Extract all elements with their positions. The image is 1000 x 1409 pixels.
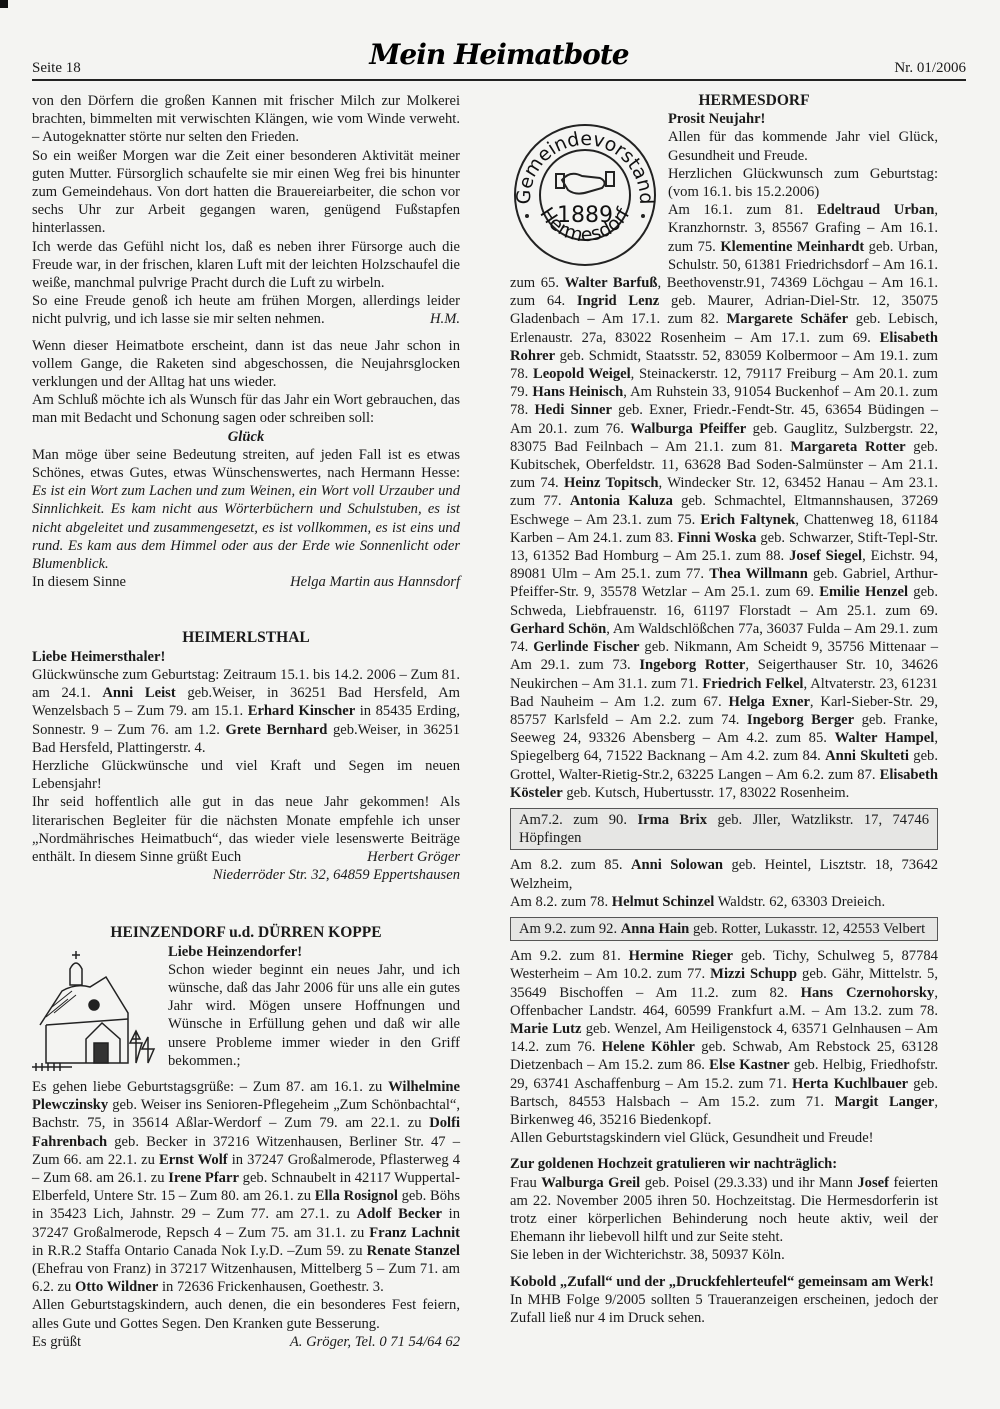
paragraph: Allen Geburtstagskindern viel Glück, Ges… (510, 1129, 938, 1147)
person-name: Emilie Henzel (819, 584, 908, 600)
right-column: HERMESDORF Gemeindevorstand Hermesdorf 1… (510, 92, 938, 1327)
person-name: Anni Skulteti (825, 748, 909, 764)
person-name: Anna Hain (621, 921, 690, 937)
birthday-list: Am 9.2. zum 81. Hermine Rieger geb. Tich… (510, 947, 938, 1129)
text: Am 9.2. zum 92. (519, 921, 621, 937)
birthday-paragraph: Glückwünsche zum Geburtstag: Zeitraum 15… (32, 666, 460, 757)
intro-paragraph: Am Schluß möchte ich als Wunsch für das … (32, 391, 460, 427)
stamp-seal-icon: Gemeindevorstand Hermesdorf 1889 (510, 120, 660, 270)
section-title-heimerlsthal: HEIMERLSTHAL (32, 629, 460, 647)
author-address: Niederröder Str. 32, 64859 Eppertshausen (32, 866, 460, 884)
text: Am 8.2. zum 78. (510, 894, 612, 910)
person-name: Friedrich Felkel (702, 676, 803, 692)
text: Frau (510, 1175, 541, 1191)
person-name: Margareta Rotter (790, 439, 905, 455)
person-name: Helga Exner (729, 694, 810, 710)
masthead-logo: Mein Heimatbote (369, 38, 628, 71)
section-title-heinzendorf: HEINZENDORF u.d. DÜRREN KOPPE (32, 924, 460, 942)
person-name: Adolf Becker (357, 1206, 442, 1222)
text: Am 16.1. zum 81. (668, 202, 817, 218)
person-name: Josef Siegel (789, 548, 862, 564)
person-name: Franz Lachnit (369, 1225, 460, 1241)
left-column: von den Dörfern die großen Kannen mit fr… (32, 92, 460, 1351)
wedding-paragraph: Frau Walburga Greil geb. Poisel (29.3.33… (510, 1174, 938, 1247)
signature-initials: H.M. (430, 310, 460, 328)
person-name: Hermine Rieger (629, 948, 733, 964)
author-name: Helga Martin aus Hannsdorf (290, 573, 460, 591)
church-icon (32, 947, 160, 1075)
intro-text: Man möge über seine Bedeutung streiten, … (32, 447, 460, 481)
closing-text: Es grüßt (32, 1333, 81, 1351)
person-name: Walburga Pfeiffer (630, 421, 746, 437)
person-name: Antonia Kaluza (570, 493, 673, 509)
person-name: Heinz Topitsch (564, 475, 659, 491)
author-name: A. Gröger, Tel. 0 71 54/64 62 (290, 1333, 460, 1351)
person-name: Josef (857, 1175, 889, 1191)
closing-text: In diesem Sinne (32, 573, 126, 591)
birthday-entry: Am 8.2. zum 85. Anni Solowan geb. Heinte… (510, 856, 938, 892)
header-rule (32, 79, 966, 81)
text: Am7.2. zum 90. (519, 812, 637, 828)
person-name: Gerhard Schön (510, 621, 606, 637)
text: Waldstr. 62, 63303 Dreieich. (714, 894, 885, 910)
person-name: Walburga Greil (541, 1175, 640, 1191)
person-name: Hans Heinisch (532, 384, 623, 400)
person-name: Walter Barfuß (565, 275, 658, 291)
person-name: Margit Langer (835, 1094, 935, 1110)
text: Am 9.2. zum 81. (510, 948, 629, 964)
person-name: Thea Willmann (709, 566, 808, 582)
intro-paragraph: von den Dörfern die großen Kannen mit fr… (32, 92, 460, 147)
person-name: Anni Leist (102, 685, 175, 701)
person-name: Marie Lutz (510, 1021, 582, 1037)
page-header: Seite 18 Mein Heimatbote Nr. 01/2006 (32, 38, 966, 78)
signature-line: Es grüßtA. Gröger, Tel. 0 71 54/64 62 (32, 1333, 460, 1351)
text: geb. Rotter, Lukasstr. 12, 42553 Velbert (689, 921, 925, 937)
text: Es gehen liebe Geburtstagsgrüße: – Zum 8… (32, 1079, 388, 1095)
church-illustration (32, 947, 160, 1075)
highlight-box-birthday: Am 9.2. zum 92. Anna Hain geb. Rotter, L… (510, 917, 938, 941)
author-name: Herbert Gröger (367, 848, 460, 866)
person-name: Anni Solowan (631, 857, 723, 873)
person-name: Hans Czernohorsky (801, 985, 935, 1001)
highlight-word: Glück (32, 428, 460, 446)
intro-paragraph: Wenn dieser Heimatbote erscheint, dann i… (32, 337, 460, 392)
intro-paragraph: Ich werde das Gefühl nicht los, daß es n… (32, 238, 460, 293)
person-name: Else Kastner (709, 1057, 789, 1073)
section-title-hermesdorf: HERMESDORF (510, 92, 938, 110)
person-name: Gerlinde Fischer (533, 639, 639, 655)
paragraph: Ihr seid hoffentlich alle gut in das neu… (32, 793, 460, 866)
paragraph: Allen Geburtstagskindern, auch denen, di… (32, 1296, 460, 1332)
person-name: Mizzi Schupp (710, 966, 797, 982)
person-name: Irma Brix (637, 812, 707, 828)
signature-line: In diesem SinneHelga Martin aus Hannsdor… (32, 573, 460, 591)
birthday-paragraph: Es gehen liebe Geburtstagsgrüße: – Zum 8… (32, 1078, 460, 1296)
page-number: Seite 18 (32, 60, 81, 77)
svg-text:1889: 1889 (557, 203, 613, 228)
person-name: Helene Köhler (602, 1039, 695, 1055)
birthday-list: Am 16.1. zum 81. Edeltraud Urban, Kranzh… (510, 201, 938, 802)
issue-number: Nr. 01/2006 (894, 60, 966, 77)
person-name: Walter Hampel (835, 730, 935, 746)
paragraph: Herzliche Glückwünsche und viel Kraft un… (32, 757, 460, 793)
person-name: Irene Pfarr (168, 1170, 239, 1186)
person-name: Ingeborg Rotter (639, 657, 745, 673)
person-name: Hedi Sinner (534, 402, 612, 418)
text: in R.R.2 Staffa Ontario Canada Nok I.y.D… (32, 1243, 367, 1259)
person-name: Ingeborg Berger (747, 712, 854, 728)
person-name: Erich Faltynek (700, 512, 795, 528)
gemeindevorstand-stamp: Gemeindevorstand Hermesdorf 1889 (510, 120, 660, 270)
kobold-heading: Kobold „Zufall“ und der „Druckfehlerteuf… (510, 1273, 938, 1291)
section-greeting: Liebe Heimersthaler! (32, 648, 460, 666)
person-name: Grete Bernhard (225, 722, 327, 738)
text: geb. Kutsch, Hubertusstr. 17, 83022 Rose… (563, 785, 850, 801)
person-name: Ernst Wolf (159, 1152, 228, 1168)
person-name: Finni Woska (677, 530, 756, 546)
person-name: Erhard Kinscher (248, 703, 356, 719)
intro-paragraph: So ein weißer Morgen war die Zeit einer … (32, 147, 460, 238)
person-name: Klementine Meinhardt (720, 239, 864, 255)
person-name: Renate Stanzel (367, 1243, 460, 1259)
paragraph: In MHB Folge 9/2005 sollten 5 Traueranze… (510, 1291, 938, 1327)
person-name: Helmut Schinzel (612, 894, 715, 910)
person-name: Leopold Weigel (533, 366, 631, 382)
person-name: Ella Rosignol (315, 1188, 398, 1204)
person-name: Ingrid Lenz (577, 293, 659, 309)
intro-paragraph: Man möge über seine Bedeutung streiten, … (32, 446, 460, 573)
intro-text: So eine Freude genoß ich heute am frühen… (32, 293, 460, 327)
text: in 72636 Frickenhausen, Goethestr. 3. (158, 1279, 383, 1295)
scan-corner-mark (0, 0, 8, 8)
birthday-entry: Am 8.2. zum 78. Helmut Schinzel Waldstr.… (510, 893, 938, 911)
person-name: Otto Wildner (75, 1279, 158, 1295)
intro-paragraph: So eine Freude genoß ich heute am frühen… (32, 292, 460, 328)
highlight-box-birthday: Am7.2. zum 90. Irma Brix geb. Jller, Wat… (510, 808, 938, 850)
text: geb. Poisel (29.3.33) und ihr Mann (640, 1175, 857, 1191)
paragraph: Sie leben in der Wichterichstr. 38, 5093… (510, 1246, 938, 1264)
person-name: Herta Kuchlbauer (792, 1076, 908, 1092)
text: Am 8.2. zum 85. (510, 857, 631, 873)
wedding-heading: Zur goldenen Hochzeit gratulieren wir na… (510, 1155, 938, 1173)
hesse-quote: Es ist ein Wort zum Lachen und zum Weine… (32, 483, 460, 572)
person-name: Margarete Schäfer (727, 311, 849, 327)
person-name: Edeltraud Urban (817, 202, 934, 218)
